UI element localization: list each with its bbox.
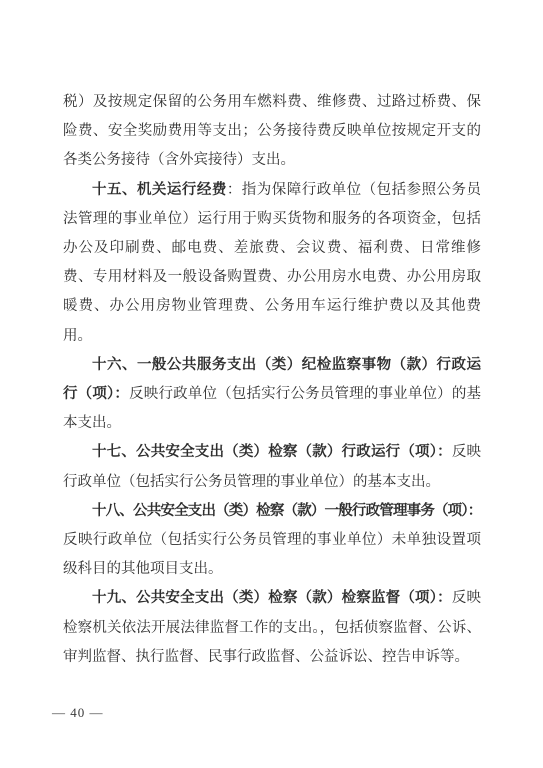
paragraph-continuation: 税）及按规定保留的公务用车燃料费、维修费、过路过桥费、保险费、安全奖励费用等支出… [63, 88, 481, 176]
paragraph-heading: 十五、机关运行经费 [92, 182, 227, 198]
paragraph-item-19: 十九、公共安全支出（类）检察（款）检察监督（项）：反映检察机关依法开展法律监督工… [63, 584, 481, 672]
paragraph-text: 税）及按规定保留的公务用车燃料费、维修费、过路过桥费、保险费、安全奖励费用等支出… [63, 94, 481, 168]
document-body-text: 税）及按规定保留的公务用车燃料费、维修费、过路过桥费、保险费、安全奖励费用等支出… [63, 88, 481, 672]
page-footer: — 40 — [52, 705, 104, 721]
paragraph-heading: 十八、公共安全支出（类）检察（款）一般行政管理事务（项）： [92, 503, 481, 519]
paragraph-item-17: 十七、公共安全支出（类）检察（款）行政运行（项）：反映行政单位（包括实行公务员管… [63, 438, 481, 496]
paragraph-heading: 十七、公共安全支出（类）检察（款）行政运行（项）： [92, 444, 452, 460]
paragraph-text: ：指为保障行政单位（包括参照公务员法管理的事业单位）运行用于购买货物和服务的各项… [63, 182, 481, 344]
paragraph-item-16: 十六、一般公共服务支出（类）纪检监察事物（款）行政运行（项）：反映行政单位（包括… [63, 351, 481, 439]
paragraph-item-15: 十五、机关运行经费：指为保障行政单位（包括参照公务员法管理的事业单位）运行用于购… [63, 176, 481, 351]
page-number: — 40 — [52, 705, 104, 720]
paragraph-item-18: 十八、公共安全支出（类）检察（款）一般行政管理事务（项）：反映行政单位（包括实行… [63, 497, 481, 585]
document-page: 税）及按规定保留的公务用车燃料费、维修费、过路过桥费、保险费、安全奖励费用等支出… [0, 0, 543, 768]
paragraph-text: 反映行政单位（包括实行公务员管理的事业单位）未单独设置项级科目的其他项目支出。 [63, 532, 481, 577]
paragraph-heading: 十九、公共安全支出（类）检察（款）检察监督（项）： [92, 590, 452, 606]
